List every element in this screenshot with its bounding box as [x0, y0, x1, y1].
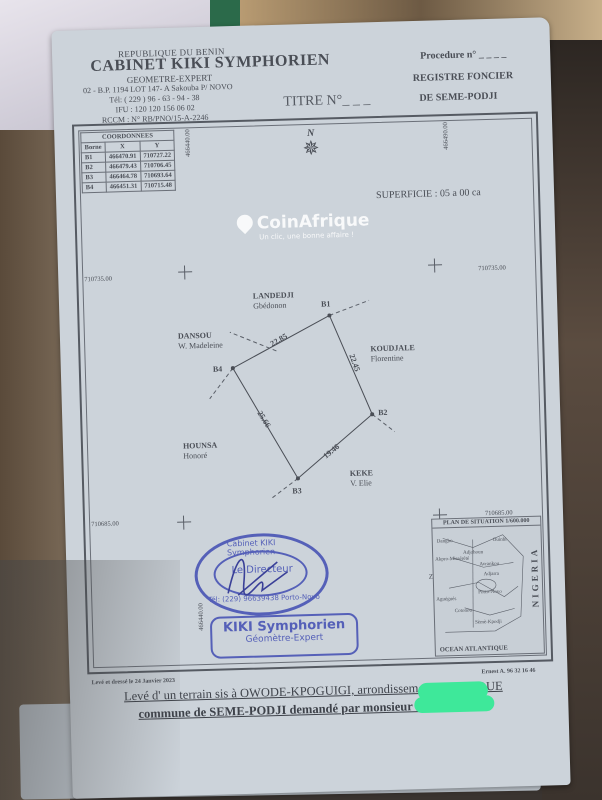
svg-text:Porto-Novo: Porto-Novo: [478, 590, 502, 596]
registre-location: DE SEME-PODJI: [419, 91, 497, 104]
survey-date: Levé et dressé le 24 Janvier 2023: [92, 678, 176, 686]
plan-frame: COORDONNEES Borne X Y B1466470.91710727.…: [72, 112, 553, 675]
svg-text:Sèmè-Kpodji: Sèmè-Kpodji: [475, 620, 502, 626]
survey-document: REPUBLIQUE DU BENIN CABINET KIKI SYMPHOR…: [51, 17, 570, 799]
svg-text:Aguégués: Aguégués: [436, 597, 456, 603]
titre-number: TITRE N°_ _ _: [283, 92, 370, 110]
ocean-label: OCEAN ATLANTIQUE: [440, 645, 508, 654]
registre-label: REGISTRE FONCIER: [413, 70, 514, 84]
svg-text:Dangbo: Dangbo: [437, 539, 453, 544]
background-object: [210, 0, 240, 28]
situation-map-drawing: Dangbo Adjohoun Ouinhi Avrankou Adjarra …: [432, 526, 541, 641]
svg-text:Avrankou: Avrankou: [479, 562, 499, 568]
redaction-mark: [414, 695, 494, 713]
nigeria-label: NIGERIA: [529, 547, 541, 608]
svg-text:Akpro-Missérété: Akpro-Missérété: [435, 557, 470, 563]
svg-text:Cotonou: Cotonou: [455, 609, 473, 614]
svg-text:Adjohoun: Adjohoun: [463, 550, 484, 556]
procedure-number: Procedure n° _ _ _ _: [420, 48, 506, 61]
svg-text:Ouinhi: Ouinhi: [493, 538, 508, 543]
svg-text:Adjarra: Adjarra: [484, 572, 500, 577]
situation-map: PLAN DE SITUATION 1/600.000 Dangbo Adjoh…: [431, 516, 545, 657]
surveyor-contact: Ernest A. 96 32 16 46: [481, 668, 535, 676]
